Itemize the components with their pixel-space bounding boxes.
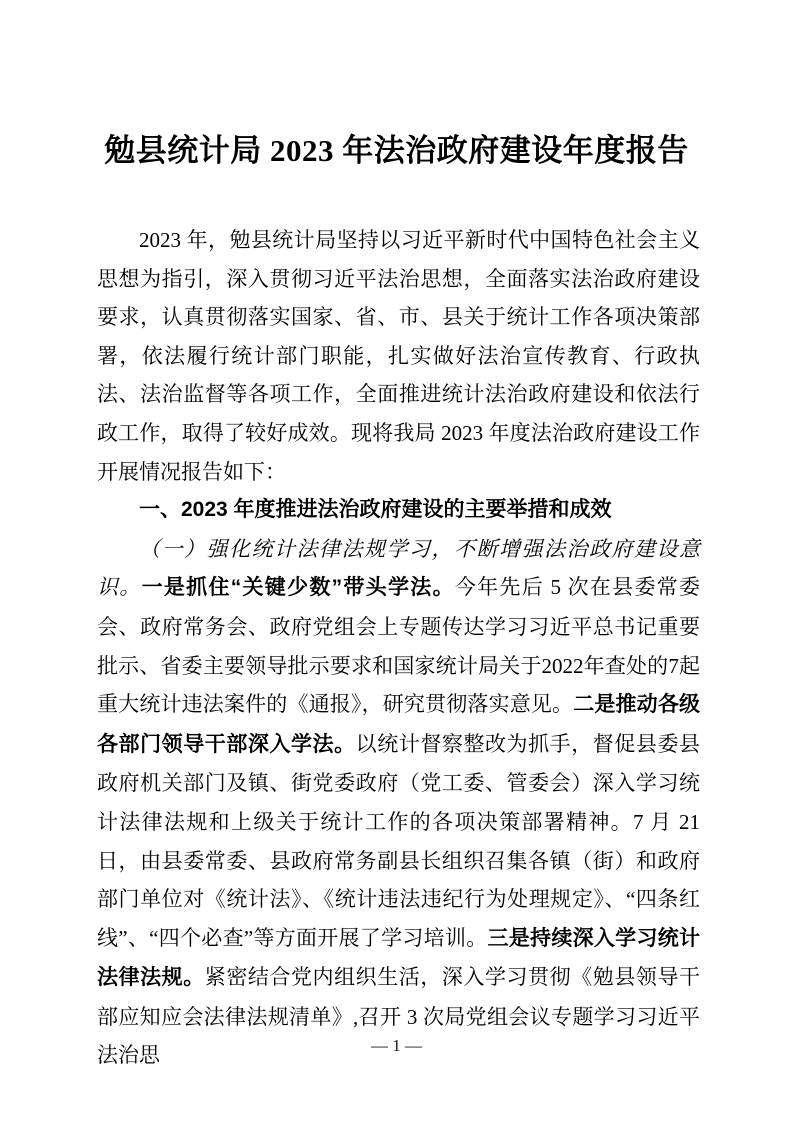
- text-run: 一是抓住“关键少数”带头学法。: [142, 576, 455, 599]
- page-number: — 1 —: [0, 1034, 793, 1058]
- text-run: 2023 年，勉县统计局坚持以习近平新时代中国特色社会主义思想为指引，深入贯彻习…: [97, 228, 700, 484]
- document-page: 勉县统计局 2023 年法治政府建设年度报告 2023 年，勉县统计局坚持以习近…: [0, 0, 793, 1122]
- section-heading: 一、2023 年度推进法治政府建设的主要举措和成效: [97, 491, 700, 530]
- document-title: 勉县统计局 2023 年法治政府建设年度报告: [0, 126, 793, 176]
- paragraph: （一）强化统计法律法规学习，不断增强法治政府建设意识。一是抓住“关键少数”带头学…: [97, 530, 700, 1075]
- text-run: 一、2023 年度推进法治政府建设的主要举措和成效: [139, 498, 612, 521]
- document-body: 2023 年，勉县统计局坚持以习近平新时代中国特色社会主义思想为指引，深入贯彻习…: [97, 221, 700, 1075]
- text-run: 以统计督察整改为抓手，督促县委县政府机关部门及镇、街党委政府（党工委、管委会）深…: [97, 732, 700, 950]
- paragraph: 2023 年，勉县统计局坚持以习近平新时代中国特色社会主义思想为指引，深入贯彻习…: [97, 221, 700, 491]
